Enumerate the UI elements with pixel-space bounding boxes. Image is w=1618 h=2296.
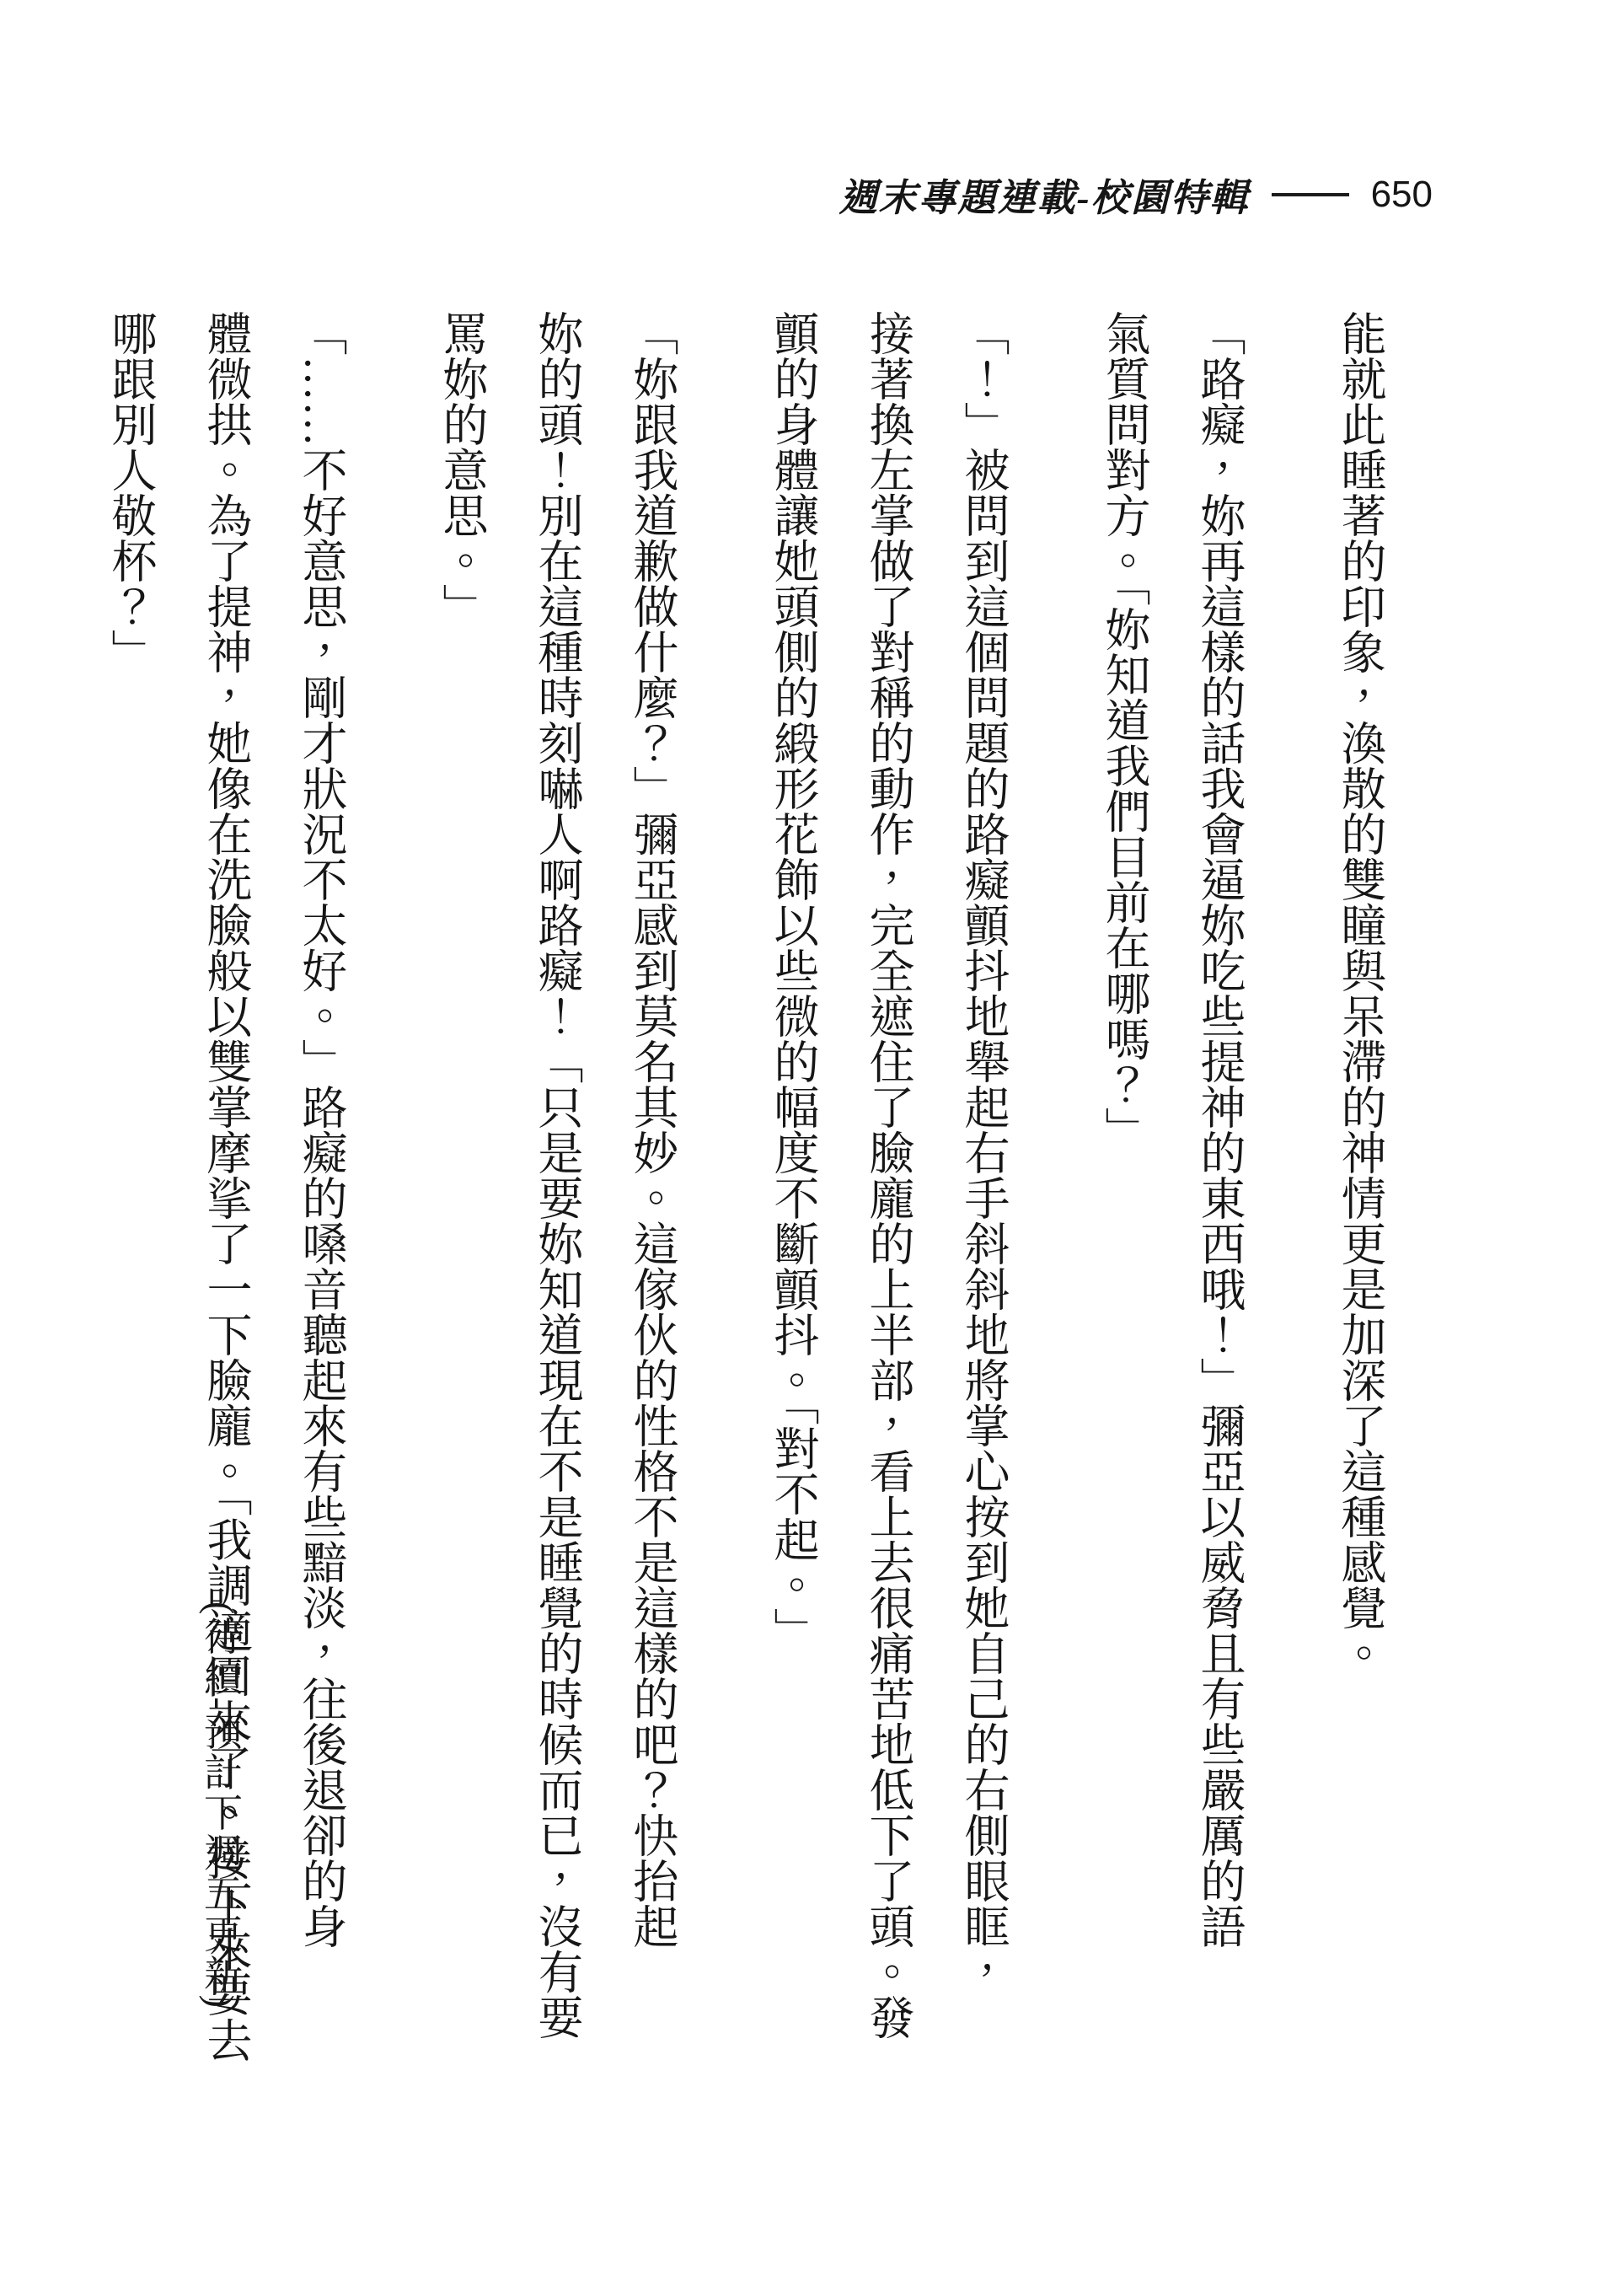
text-column: 接著換左掌做了對稱的動作，完全遮住了臉龐的上半部，看上去很痛苦地低下了頭。發 — [840, 310, 935, 2106]
text-column: 「……不好意思，剛才狀況不太好。」路癡的嗓音聽起來有些黯淡，往後退卻的身 — [273, 310, 414, 2106]
text-column: 妳的頭！別在這種時刻嚇人啊路癡！「只是要妳知道現在不是睡覺的時候而已，沒有要 — [509, 310, 604, 2106]
text-column: 「！」被問到這個問題的路癡顫抖地舉起右手斜斜地將掌心按到她自己的右側眼眶， — [935, 310, 1076, 2106]
text-column: 哪跟別人敬杯？」 — [83, 310, 178, 2106]
text-column: 顫的身體讓她頭側的緞形花飾以些微的幅度不斷顫抖。「對不起。」 — [745, 310, 840, 2106]
page-number: 650 — [1371, 174, 1433, 216]
text-column: 「妳跟我道歉做什麼？」彌亞感到莫名其妙。這傢伙的性格不是這樣的吧？快抬起 — [604, 310, 745, 2106]
page-header: 週末專題連載-校園特輯 650 — [839, 167, 1433, 222]
text-column: 「路癡，妳再這樣的話我會逼妳吃些提神的東西哦！」彌亞以威脅且有些嚴厲的語 — [1171, 310, 1312, 2106]
text-column: 罵妳的意思。」 — [414, 310, 509, 2106]
text-column: ……哪可能調適得這麼快啦！ — [0, 310, 83, 2106]
to-be-continued-note: (待續-預計下週五更新) — [192, 1601, 248, 2090]
header-dash-rule — [1272, 193, 1349, 196]
header-title: 週末專題連載-校園特輯 — [839, 167, 1250, 222]
text-column: 氣質問對方。「妳知道我們目前在哪嗎？」 — [1076, 310, 1171, 2106]
novel-page: { "page": { "header": { "title": "週末專題連載… — [0, 0, 1618, 2296]
text-column: 能就此睡著的印象，渙散的雙瞳與呆滯的神情更是加深了這種感覺。 — [1312, 310, 1407, 2106]
